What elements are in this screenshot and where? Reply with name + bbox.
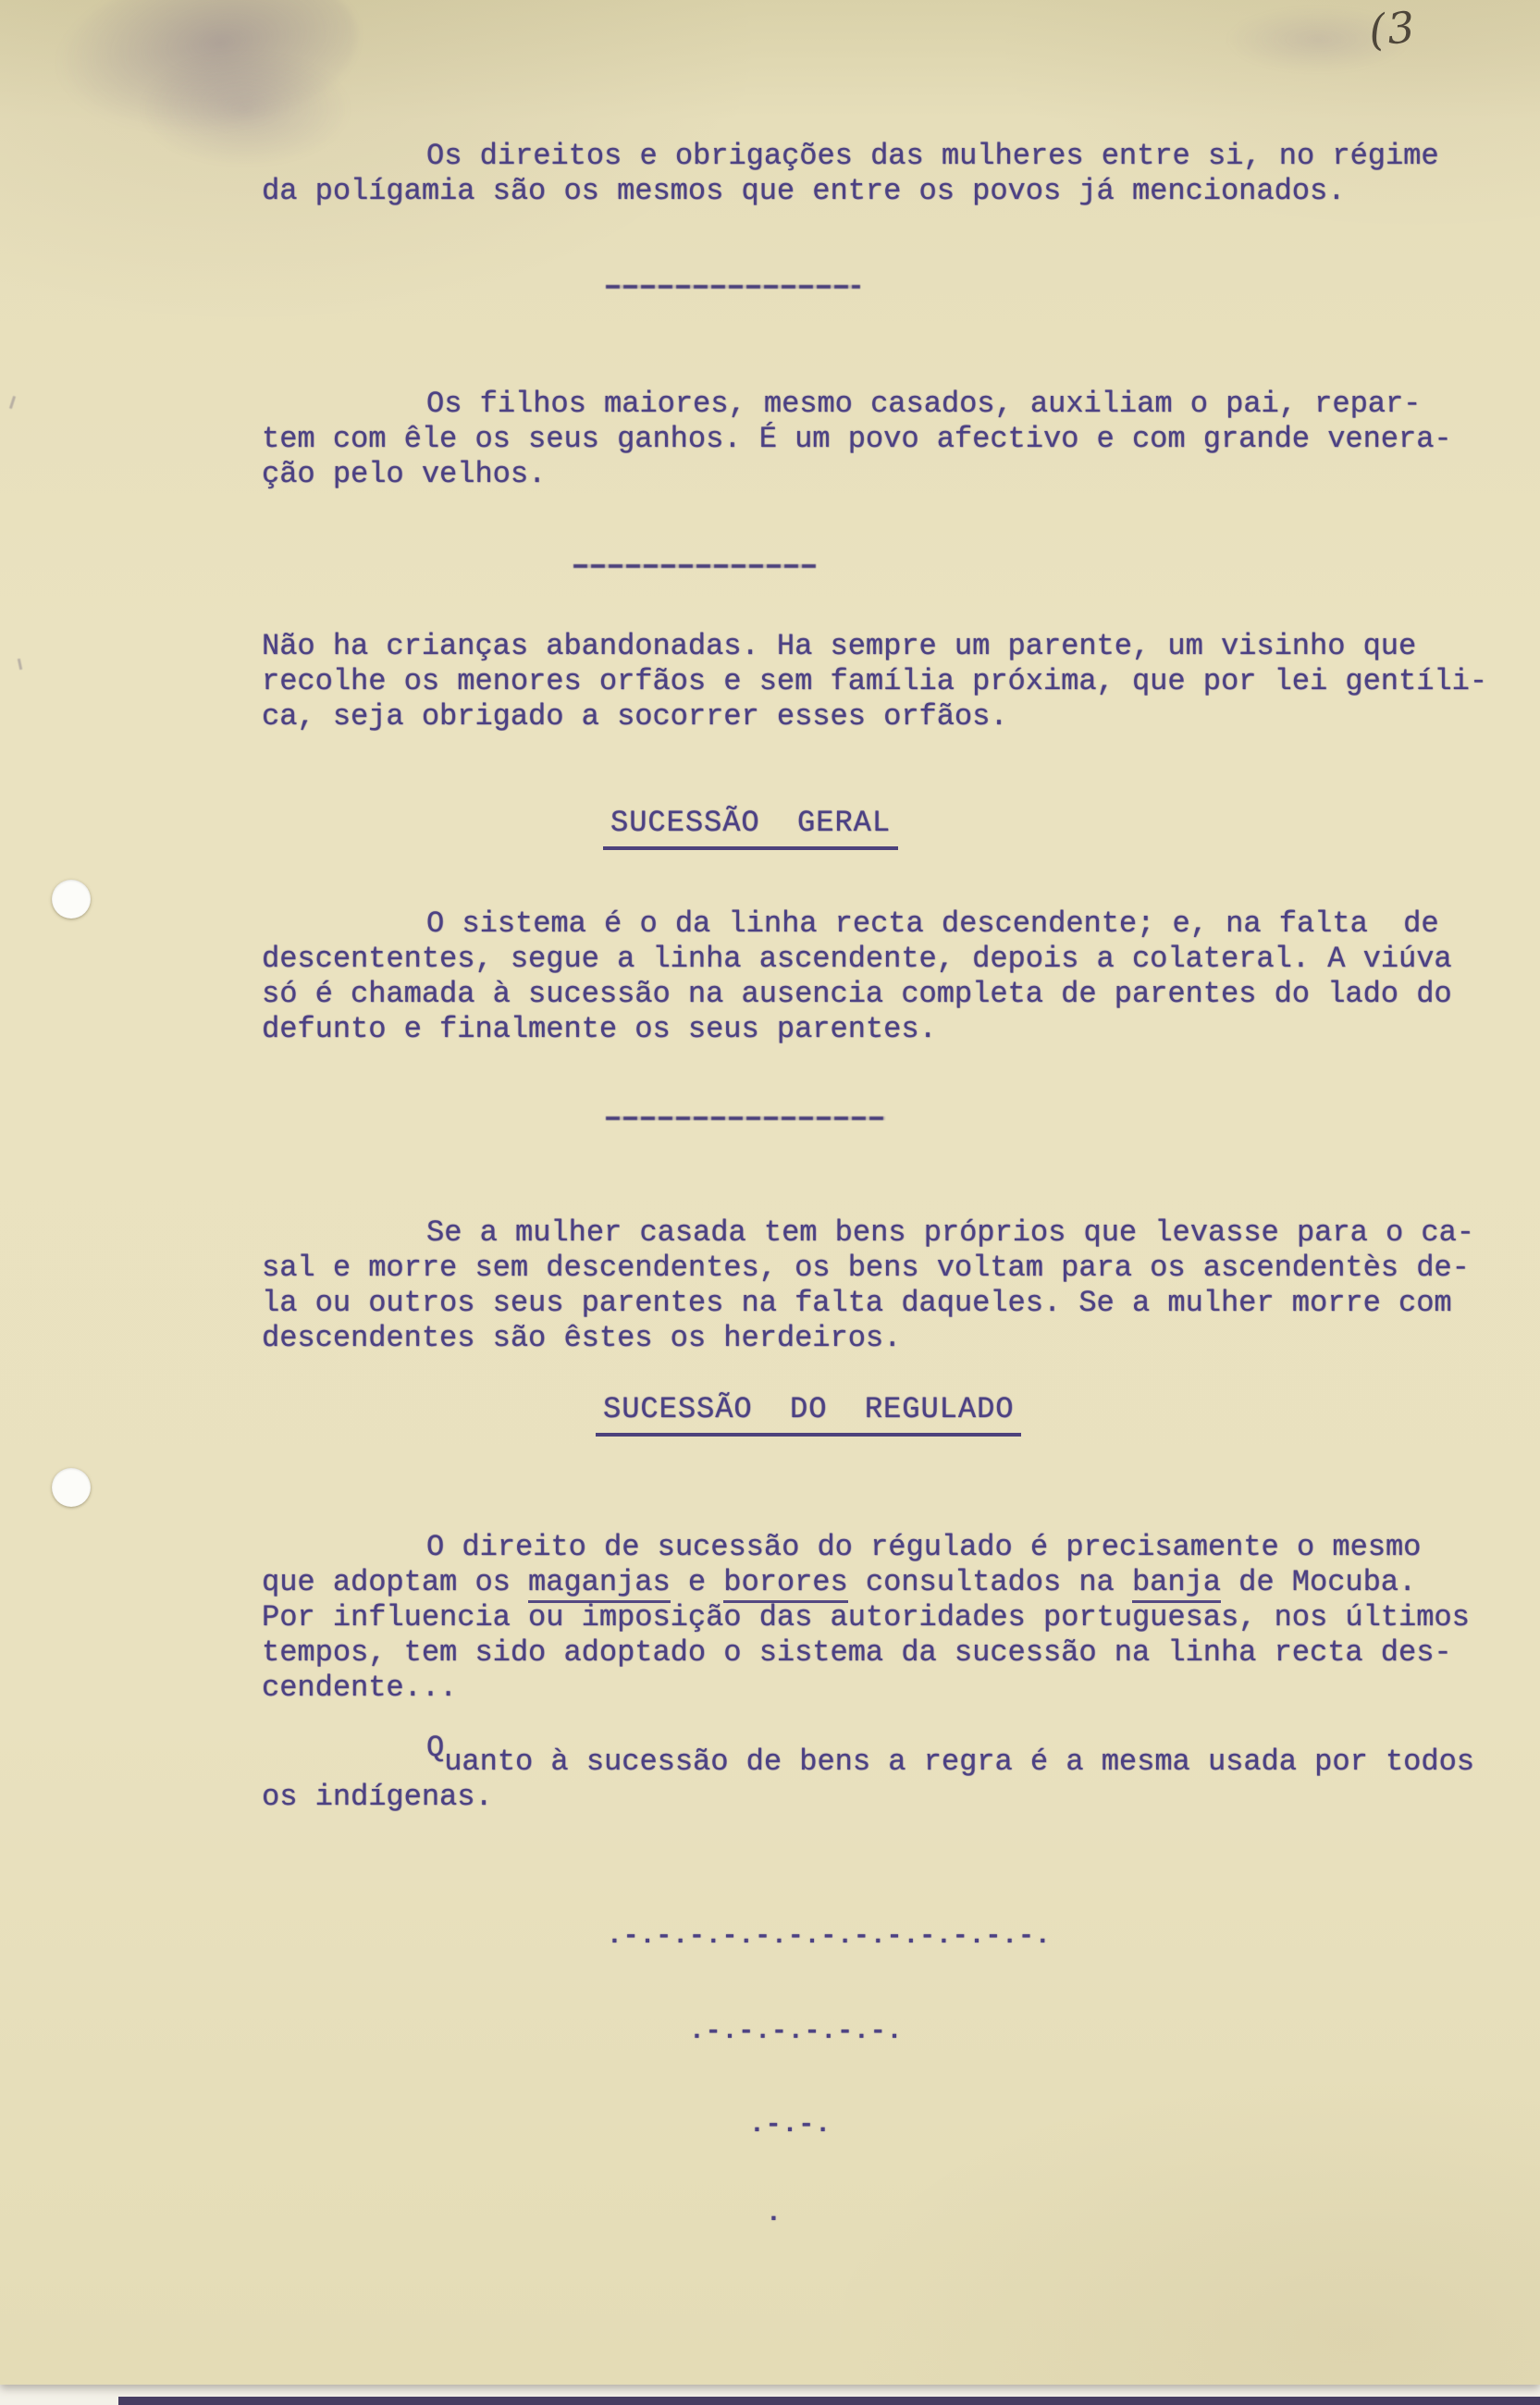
margin-mark (9, 396, 16, 409)
paragraph-elder-sons: Os filhos maiores, mesmo casados, auxili… (262, 387, 1510, 492)
paper-sheet: (3 Os direitos e obrigações das mulheres… (0, 0, 1540, 2385)
ink-stain-top-left (43, 0, 369, 157)
paragraph-polygamy-rights: Os direitos e obrigações das mulheres en… (262, 139, 1510, 209)
margin-mark (18, 659, 22, 670)
scanner-edge-strip (118, 2397, 1540, 2405)
ornament-final-dot: . (766, 2201, 782, 2227)
heading-sucessao-do-regulado: SUCESSÃO DO REGULADO (596, 1393, 1021, 1437)
scanned-page: (3 Os direitos e obrigações das mulheres… (0, 0, 1540, 2405)
paragraph-goods-succession: Quanto à sucessão de bens a regra é a me… (262, 1745, 1510, 1815)
dot-dash-ornament-long: .-.-.-.-.-.-.-.-.-.-.-.-.-. (607, 1924, 1052, 1950)
section-divider (606, 1116, 885, 1120)
paragraph-married-woman-assets: Se a mulher casada tem bens próprios que… (262, 1215, 1510, 1356)
punch-hole-upper (52, 880, 91, 919)
paragraph-regulado-succession: O direito de sucessão do régulado é prec… (262, 1530, 1510, 1706)
section-divider (573, 564, 816, 568)
paragraph-succession-system: O sistema é o da linha recta descendente… (262, 906, 1510, 1047)
dot-dash-ornament-short: .-.-. (749, 2113, 832, 2139)
paragraph-orphans: Não ha crianças abandonadas. Ha sempre u… (262, 629, 1510, 734)
punch-hole-lower (52, 1468, 91, 1507)
section-divider (606, 285, 860, 289)
heading-sucessao-geral: SUCESSÃO GERAL (603, 807, 898, 850)
handwritten-page-number: (3 (1367, 2, 1419, 55)
dot-dash-ornament-medium: .-.-.-.-.-.-. (689, 2019, 903, 2045)
